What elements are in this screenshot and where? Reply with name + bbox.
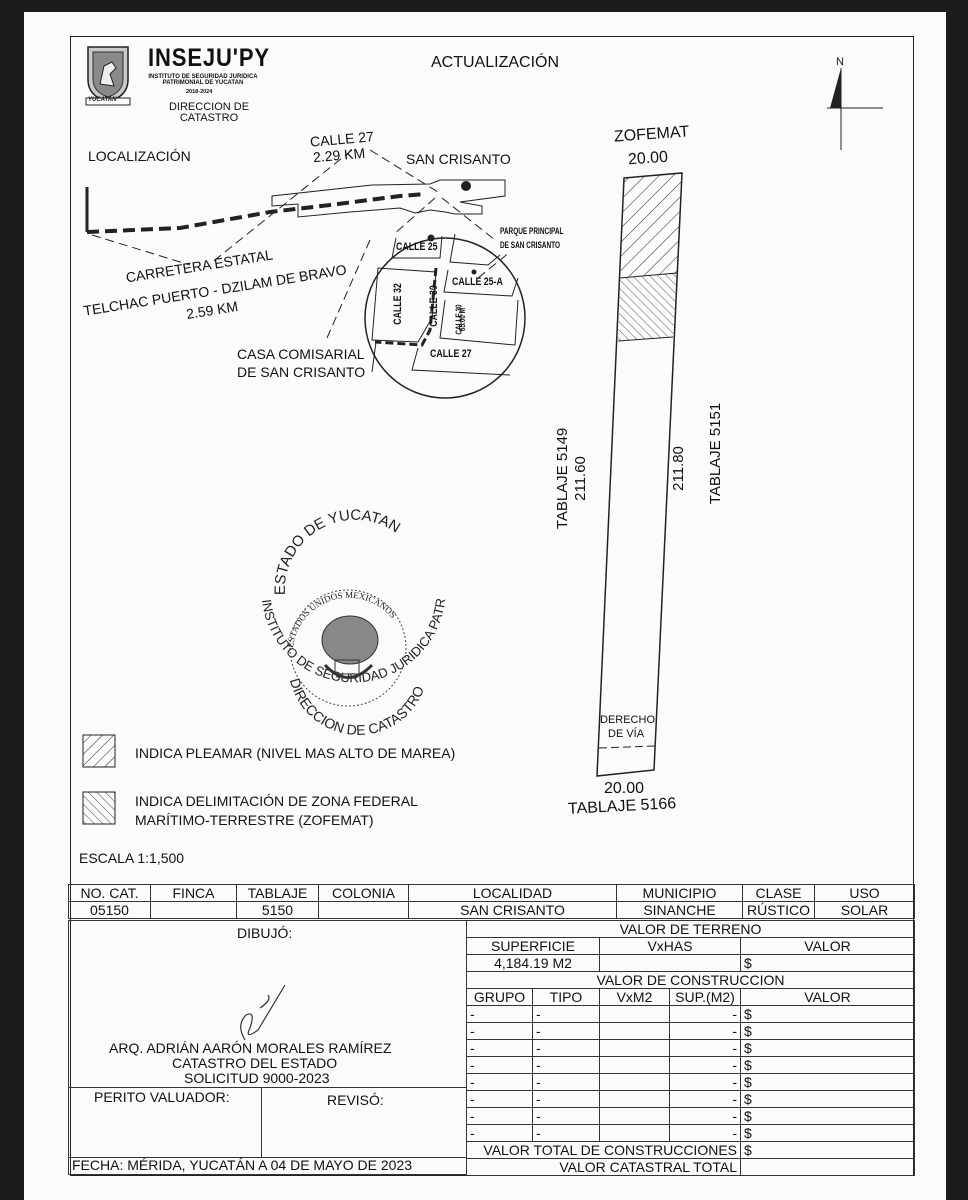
construccion-cell: - bbox=[467, 1057, 533, 1074]
construccion-cell bbox=[600, 1108, 670, 1125]
construccion-header-sup: SUP.(M2) bbox=[670, 989, 741, 1006]
construccion-row: ---$ bbox=[467, 1091, 915, 1108]
construccion-cell: - bbox=[467, 1074, 533, 1091]
construccion-cell: $ bbox=[741, 1125, 915, 1142]
terreno-header-superficie: SUPERFICIE bbox=[467, 938, 600, 955]
construccion-cell: - bbox=[670, 1023, 741, 1040]
total-construcciones-value: $ bbox=[741, 1142, 915, 1159]
construccion-header-tipo: TIPO bbox=[533, 989, 600, 1006]
construccion-header-vxm2: VxM2 bbox=[600, 989, 670, 1006]
drafter-role: CATASTRO DEL ESTADO bbox=[172, 1055, 337, 1071]
construccion-cell: - bbox=[467, 1125, 533, 1142]
construccion-cell: $ bbox=[741, 1006, 915, 1023]
construccion-cell: - bbox=[533, 1108, 600, 1125]
construccion-cell bbox=[600, 1074, 670, 1091]
construccion-cell: $ bbox=[741, 1091, 915, 1108]
catastral-total-label: VALOR CATASTRAL TOTAL bbox=[467, 1159, 741, 1176]
construccion-row: ---$ bbox=[467, 1074, 915, 1091]
construccion-cell: - bbox=[533, 1040, 600, 1057]
date-label: FECHA: MÉRIDA, YUCATÁN A 04 DE MAYO DE 2… bbox=[72, 1157, 412, 1173]
construccion-cell: - bbox=[670, 1057, 741, 1074]
drafter-name: ARQ. ADRIÁN AARÓN MORALES RAMÍREZ bbox=[109, 1040, 391, 1056]
reviso-label: REVISÓ: bbox=[327, 1092, 384, 1108]
terreno-header-vxhas: VxHAS bbox=[600, 938, 741, 955]
construccion-cell bbox=[600, 1125, 670, 1142]
construccion-cell bbox=[600, 1006, 670, 1023]
construccion-row: ---$ bbox=[467, 1108, 915, 1125]
construccion-cell: - bbox=[467, 1040, 533, 1057]
construccion-cell: $ bbox=[741, 1040, 915, 1057]
perito-label: PERITO VALUADOR: bbox=[94, 1089, 230, 1105]
construccion-row: ---$ bbox=[467, 1057, 915, 1074]
construccion-cell: - bbox=[670, 1040, 741, 1057]
request-number: SOLICITUD 9000-2023 bbox=[184, 1070, 330, 1086]
construccion-cell: - bbox=[533, 1091, 600, 1108]
construccion-cell: - bbox=[533, 1006, 600, 1023]
construccion-header-grupo: GRUPO bbox=[467, 989, 533, 1006]
construccion-cell: $ bbox=[741, 1023, 915, 1040]
construccion-cell: - bbox=[467, 1023, 533, 1040]
construccion-cell: - bbox=[670, 1074, 741, 1091]
total-construcciones-label: VALOR TOTAL DE CONSTRUCCIONES bbox=[467, 1142, 741, 1159]
construccion-cell: $ bbox=[741, 1108, 915, 1125]
construccion-cell: - bbox=[670, 1108, 741, 1125]
construccion-cell: - bbox=[533, 1023, 600, 1040]
construccion-cell: - bbox=[533, 1074, 600, 1091]
construccion-header-valor: VALOR bbox=[741, 989, 915, 1006]
construccion-cell: - bbox=[467, 1108, 533, 1125]
terreno-vxhas bbox=[600, 955, 741, 972]
construccion-cell bbox=[600, 1040, 670, 1057]
construccion-row: ---$ bbox=[467, 1040, 915, 1057]
valor-construccion-title: VALOR DE CONSTRUCCION bbox=[467, 972, 915, 989]
construccion-cell bbox=[600, 1091, 670, 1108]
construccion-row: ---$ bbox=[467, 1125, 915, 1142]
terreno-header-valor: VALOR bbox=[741, 938, 915, 955]
construccion-cell bbox=[600, 1057, 670, 1074]
construccion-cell: - bbox=[533, 1125, 600, 1142]
construccion-row: ---$ bbox=[467, 1023, 915, 1040]
construccion-cell: - bbox=[670, 1091, 741, 1108]
catastral-total-value bbox=[741, 1159, 915, 1176]
construccion-cell: - bbox=[533, 1057, 600, 1074]
construccion-cell bbox=[600, 1023, 670, 1040]
terreno-superficie: 4,184.19 M2 bbox=[467, 955, 600, 972]
valor-terreno-title: VALOR DE TERRENO bbox=[467, 921, 915, 938]
construccion-cell: $ bbox=[741, 1057, 915, 1074]
construccion-row: ---$ bbox=[467, 1006, 915, 1023]
construccion-cell: - bbox=[670, 1006, 741, 1023]
terreno-valor: $ bbox=[741, 955, 915, 972]
construccion-cell: - bbox=[467, 1006, 533, 1023]
construccion-cell: - bbox=[670, 1125, 741, 1142]
construccion-cell: $ bbox=[741, 1074, 915, 1091]
valuation-table: VALOR DE TERRENO SUPERFICIE VxHAS VALOR … bbox=[466, 920, 915, 1176]
construccion-cell: - bbox=[467, 1091, 533, 1108]
